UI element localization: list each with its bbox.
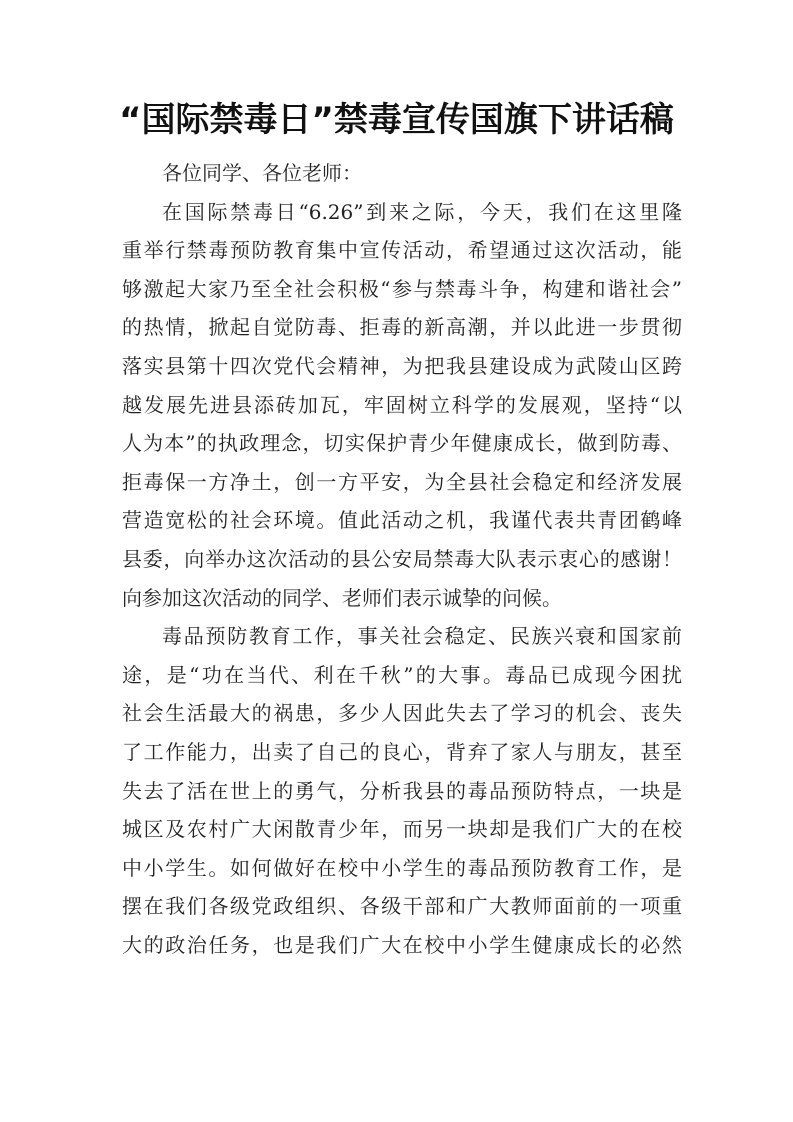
paragraph-line: 城区及农村广大闲散青少年，而另一块却是我们广大的在校 xyxy=(122,810,682,849)
paragraph-line: 重举行禁毒预防教育集中宣传活动，希望通过这次活动，能 xyxy=(122,231,682,270)
paragraph-2: 毒品预防教育工作，事关社会稳定、民族兴衰和国家前 途，是“功在当代、利在千秋”的… xyxy=(122,617,682,964)
paragraph-line: 拒毒保一方净土，创一方平安，为全县社会稳定和经济发展 xyxy=(122,463,682,502)
document-title: “国际禁毒日”禁毒宣传国旗下讲话稿 xyxy=(0,97,793,143)
paragraph-line: 在国际禁毒日“6.26”到来之际，今天，我们在这里隆 xyxy=(122,193,682,232)
paragraph-line: 县委，向举办这次活动的县公安局禁毒大队表示衷心的感谢！ xyxy=(122,540,682,579)
paragraph-line: 够激起大家乃至全社会积极“参与禁毒斗争，构建和谐社会” xyxy=(122,270,682,309)
paragraph-line: 向参加这次活动的同学、老师们表示诚挚的问候。 xyxy=(122,579,682,618)
document-body: 各位同学、各位老师： 在国际禁毒日“6.26”到来之际，今天，我们在这里隆 重举… xyxy=(122,154,682,964)
paragraph-line: 途，是“功在当代、利在千秋”的大事。毒品已成现今困扰 xyxy=(122,656,682,695)
paragraph-line: 越发展先进县添砖加瓦，牢固树立科学的发展观，坚持“以 xyxy=(122,386,682,425)
paragraph-1: 在国际禁毒日“6.26”到来之际，今天，我们在这里隆 重举行禁毒预防教育集中宣传… xyxy=(122,193,682,618)
paragraph-line: 人为本”的执政理念，切实保护青少年健康成长，做到防毒、 xyxy=(122,424,682,463)
paragraph-line: 大的政治任务，也是我们广大在校中小学生健康成长的必然 xyxy=(122,926,682,965)
paragraph-line: 落实县第十四次党代会精神，为把我县建设成为武陵山区跨 xyxy=(122,347,682,386)
paragraph-line: 失去了活在世上的勇气，分析我县的毒品预防特点，一块是 xyxy=(122,772,682,811)
paragraph-line: 的热情，掀起自觉防毒、拒毒的新高潮，并以此进一步贯彻 xyxy=(122,308,682,347)
paragraph-line: 营造宽松的社会环境。值此活动之机，我谨代表共青团鹤峰 xyxy=(122,501,682,540)
document-page: “国际禁毒日”禁毒宣传国旗下讲话稿 各位同学、各位老师： 在国际禁毒日“6.26… xyxy=(0,0,793,1122)
paragraph-line: 社会生活最大的祸患，多少人因此失去了学习的机会、丧失 xyxy=(122,694,682,733)
paragraph-line: 毒品预防教育工作，事关社会稳定、民族兴衰和国家前 xyxy=(122,617,682,656)
paragraph-line: 了工作能力，出卖了自己的良心，背弃了家人与朋友，甚至 xyxy=(122,733,682,772)
salutation: 各位同学、各位老师： xyxy=(122,154,682,193)
paragraph-line: 摆在我们各级党政组织、各级干部和广大教师面前的一项重 xyxy=(122,887,682,926)
paragraph-line: 中小学生。如何做好在校中小学生的毒品预防教育工作，是 xyxy=(122,849,682,888)
